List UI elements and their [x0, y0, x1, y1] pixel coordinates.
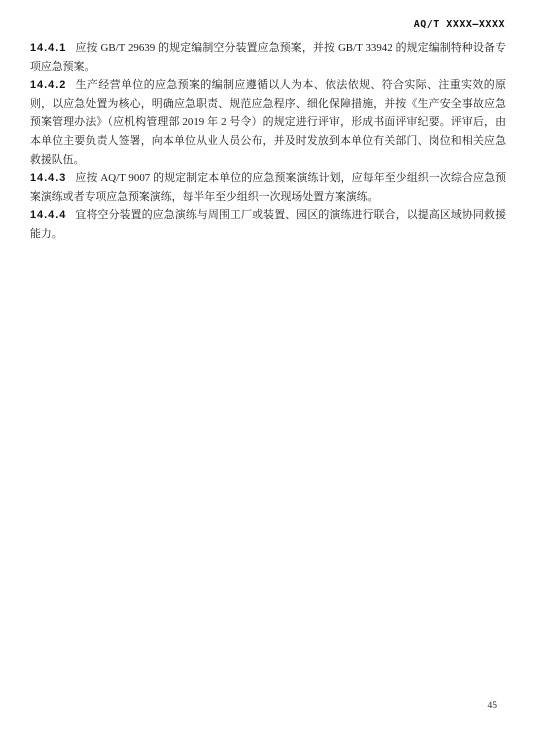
standard-code: AQ/T XXXX—XXXX — [414, 19, 505, 30]
clause-number: 14.4.4 — [30, 209, 66, 221]
clause-14-4-2: 14.4.2生产经营单位的应急预案的编制应遵循以人为本、依法依规、符合实际、注重… — [30, 76, 506, 169]
page-header: AQ/T XXXX—XXXX — [414, 19, 505, 30]
document-body: 14.4.1应按 GB/T 29639 的规定编制空分装置应急预案，并按 GB/… — [30, 39, 506, 244]
page-number: 45 — [488, 701, 498, 711]
document-page: AQ/T XXXX—XXXX 14.4.1应按 GB/T 29639 的规定编制… — [0, 0, 534, 745]
clause-number: 14.4.1 — [30, 42, 66, 54]
clause-text: 宜将空分装置的应急演练与周围工厂或装置、园区的演练进行联合，以提高区域协同救援能… — [30, 209, 506, 240]
clause-14-4-3: 14.4.3应按 AQ/T 9007 的规定制定本单位的应急预案演练计划，应每年… — [30, 169, 506, 206]
clause-14-4-1: 14.4.1应按 GB/T 29639 的规定编制空分装置应急预案，并按 GB/… — [30, 39, 506, 76]
clause-number: 14.4.3 — [30, 172, 66, 184]
clause-number: 14.4.2 — [30, 79, 66, 91]
clause-14-4-4: 14.4.4宜将空分装置的应急演练与周围工厂或装置、园区的演练进行联合，以提高区… — [30, 206, 506, 243]
clause-text: 生产经营单位的应急预案的编制应遵循以人为本、依法依规、符合实际、注重实效的原则，… — [30, 79, 506, 165]
page-footer: 45 — [488, 701, 498, 711]
clause-text: 应按 GB/T 29639 的规定编制空分装置应急预案，并按 GB/T 3394… — [30, 42, 506, 73]
clause-text: 应按 AQ/T 9007 的规定制定本单位的应急预案演练计划，应每年至少组织一次… — [30, 172, 506, 203]
